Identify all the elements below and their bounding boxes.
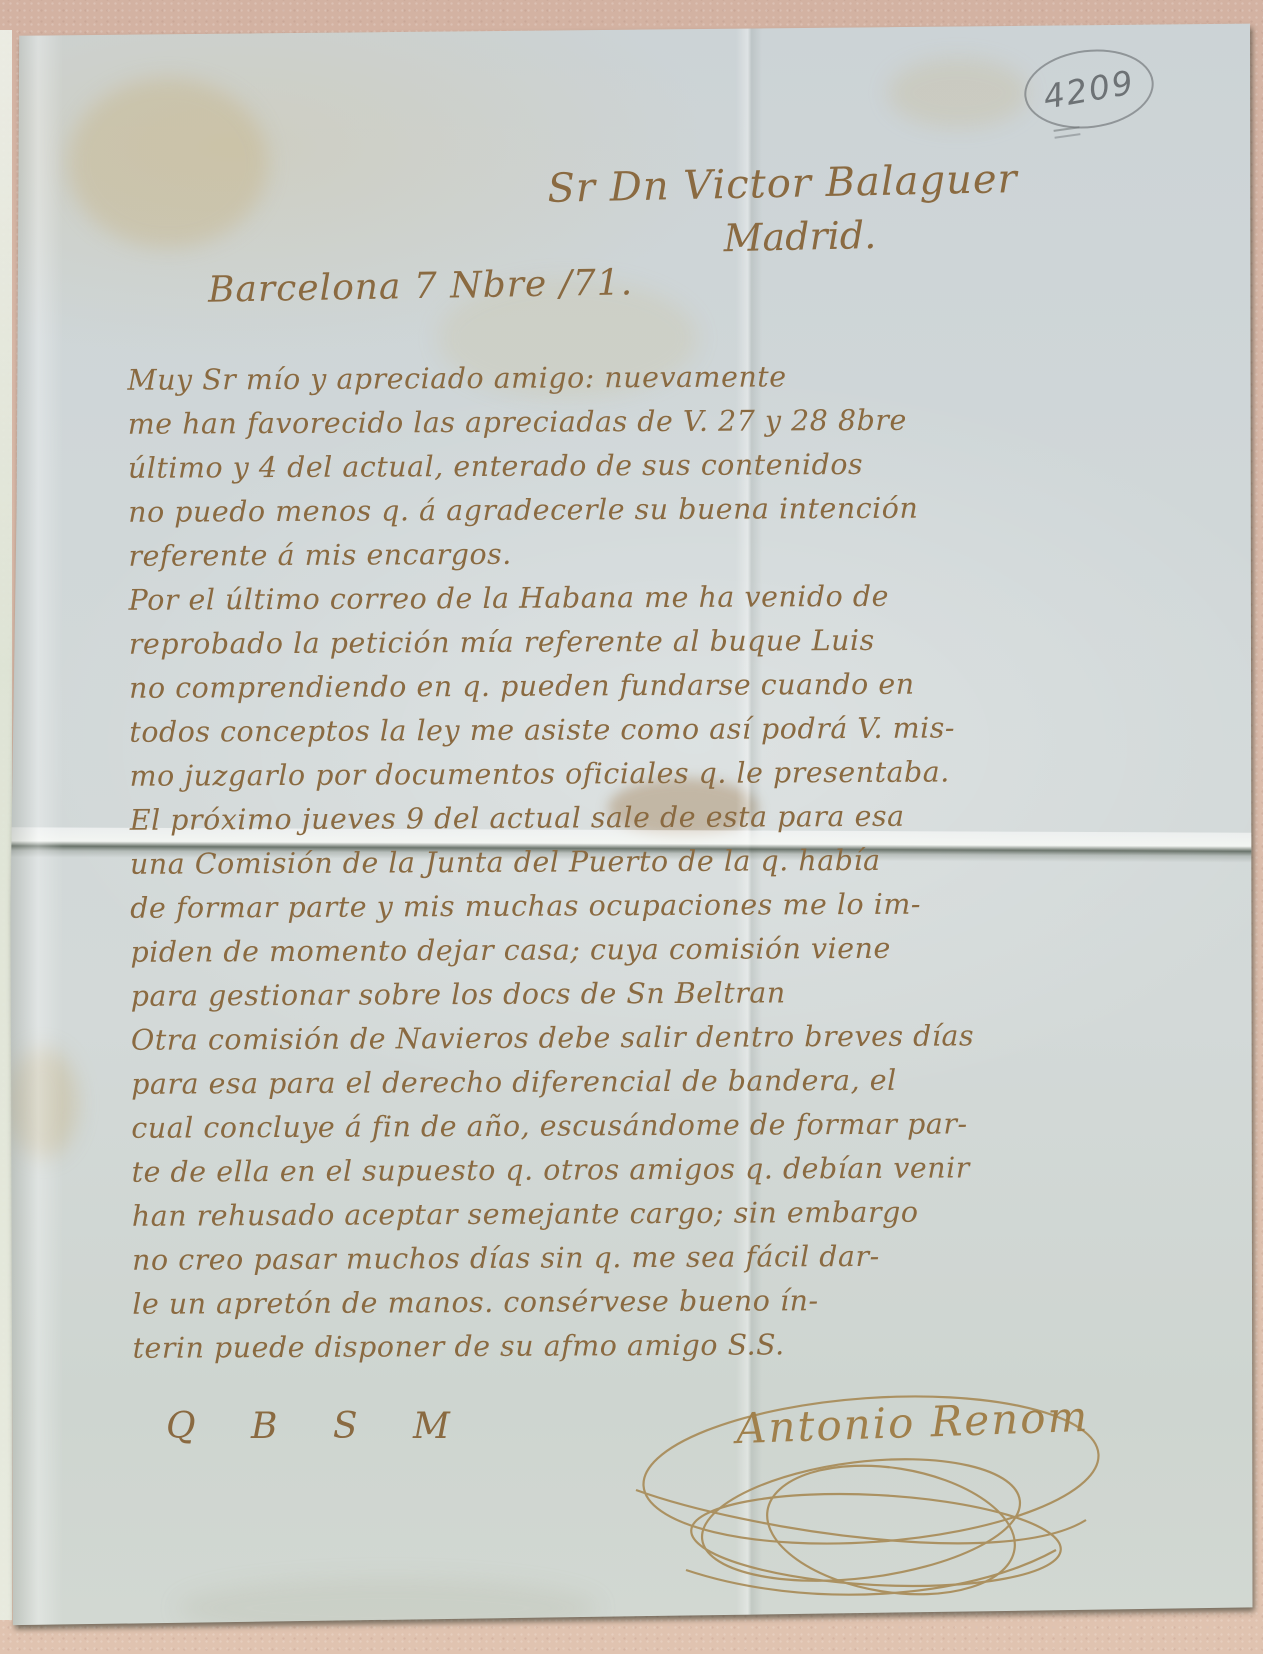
- body-line: último y 4 del actual, enterado de sus c…: [128, 441, 1198, 491]
- letter-paper: 4209 Sr Dn Victor Balaguer Madrid. Barce…: [8, 18, 1255, 1630]
- body-line: no creo pasar muchos días sin q. me sea …: [132, 1233, 1202, 1283]
- body-line: piden de momento dejar casa; cuya comisi…: [130, 925, 1200, 975]
- body-line: El próximo jueves 9 del actual sale de e…: [130, 793, 1200, 843]
- body-line: me han favorecido las apreciadas de V. 2…: [128, 397, 1198, 447]
- body-line: terin puede disponer de su afmo amigo S.…: [132, 1321, 1202, 1371]
- body-line: no puedo menos q. á agradecerle su buena…: [128, 485, 1198, 535]
- body-line: te de ella en el supuesto q. otros amigo…: [132, 1145, 1202, 1195]
- body-line: Por el último correo de la Habana me ha …: [129, 573, 1199, 623]
- body-line: referente á mis encargos.: [128, 529, 1198, 579]
- recipient-block: Sr Dn Victor Balaguer Madrid.: [547, 154, 1109, 264]
- body-line: una Comisión de la Junta del Puerto de l…: [130, 837, 1200, 887]
- body-line: cual concluye á fin de año, escusándome …: [131, 1101, 1201, 1151]
- left-edge-fold: [8, 18, 63, 1630]
- scanned-letter-page: { "archive": { "catalog_number": "4209" …: [0, 0, 1263, 1654]
- letter-paper-wrap: 4209 Sr Dn Victor Balaguer Madrid. Barce…: [0, 0, 1263, 1654]
- closing-initials: Q B S M: [166, 1406, 472, 1447]
- body-line: no comprendiendo en q. pueden fundarse c…: [129, 661, 1199, 711]
- pencil-catalog-circle: 4209: [1020, 42, 1159, 135]
- signature-block: Antonio Renom: [626, 1370, 1106, 1620]
- pencil-dash-mark: [1054, 126, 1081, 139]
- recipient-city: Madrid.: [723, 208, 1109, 260]
- body-line: reprobado la petición mía referente al b…: [129, 617, 1199, 667]
- body-line: para esa para el derecho diferencial de …: [131, 1057, 1201, 1107]
- body-line: todos conceptos la ley me asiste como as…: [129, 705, 1199, 755]
- foxing-stain: [68, 78, 268, 248]
- body-line: para gestionar sobre los docs de Sn Belt…: [131, 969, 1201, 1019]
- body-line: Muy Sr mío y apreciado amigo: nuevamente: [127, 353, 1197, 403]
- recipient-name: Sr Dn Victor Balaguer: [547, 154, 1108, 212]
- body-line: de formar parte y mis muchas ocupaciones…: [130, 881, 1200, 931]
- body-line: Otra comisión de Navieros debe salir den…: [131, 1013, 1201, 1063]
- dateline: Barcelona 7 Nbre /71.: [208, 262, 634, 310]
- body-line: han rehusado aceptar semejante cargo; si…: [132, 1189, 1202, 1239]
- catalog-number: 4209: [1040, 62, 1137, 116]
- body-line: mo juzgarlo por documentos oficiales q. …: [129, 749, 1199, 799]
- body-line: le un apretón de manos. consérvese bueno…: [132, 1277, 1202, 1327]
- letter-body: Muy Sr mío y apreciado amigo: nuevamente…: [127, 353, 1202, 1371]
- edge-shadow-stain: [178, 1578, 598, 1638]
- foxing-stain: [888, 58, 1028, 128]
